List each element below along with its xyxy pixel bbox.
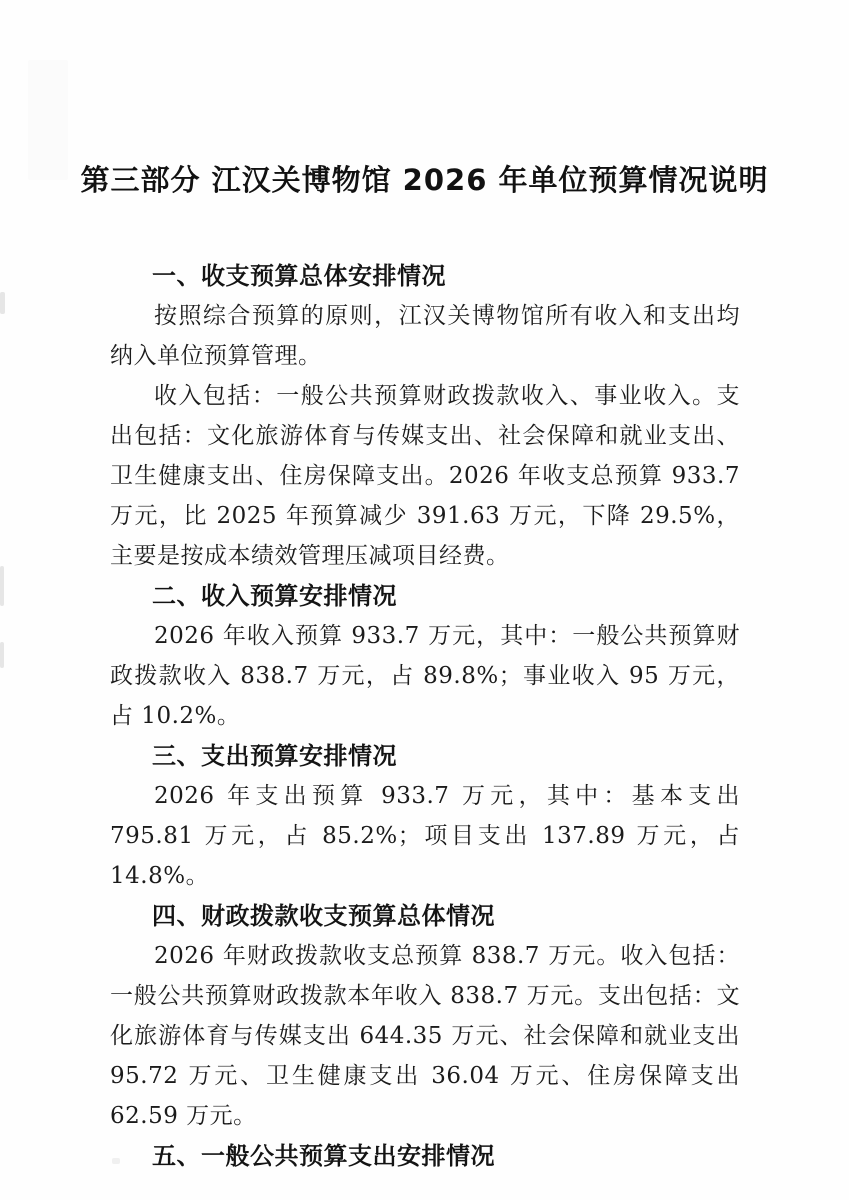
section-expense-budget: 三、支出预算安排情况 2026 年支出预算 933.7 万元，其中：基本支出 7… <box>110 736 740 896</box>
document-title: 第三部分 江汉关博物馆 2026 年单位预算情况说明 <box>60 162 789 198</box>
paragraph: 按照综合预算的原则，江汉关博物馆所有收入和支出均纳入单位预算管理。 <box>110 296 740 376</box>
scan-artifact <box>0 292 5 314</box>
document-page: 第三部分 江汉关博物馆 2026 年单位预算情况说明 一、收支预算总体安排情况 … <box>0 0 849 1200</box>
section-general-public-budget-expense: 五、一般公共预算支出安排情况 <box>110 1136 740 1176</box>
section-income-expense-overview: 一、收支预算总体安排情况 按照综合预算的原则，江汉关博物馆所有收入和支出均纳入单… <box>110 256 740 576</box>
paragraph: 2026 年支出预算 933.7 万元，其中：基本支出 795.81 万元，占 … <box>110 776 740 896</box>
paragraph: 收入包括：一般公共预算财政拨款收入、事业收入。支出包括：文化旅游体育与传媒支出、… <box>110 376 740 576</box>
paragraph: 2026 年财政拨款收支总预算 838.7 万元。收入包括：一般公共预算财政拨款… <box>110 936 740 1136</box>
section-income-budget: 二、收入预算安排情况 2026 年收入预算 933.7 万元，其中：一般公共预算… <box>110 576 740 736</box>
section-heading: 五、一般公共预算支出安排情况 <box>110 1136 740 1176</box>
section-heading: 一、收支预算总体安排情况 <box>110 256 740 296</box>
section-heading: 三、支出预算安排情况 <box>110 736 740 776</box>
paragraph: 2026 年收入预算 933.7 万元，其中：一般公共预算财政拨款收入 838.… <box>110 616 740 736</box>
section-fiscal-appropriation-overview: 四、财政拨款收支预算总体情况 2026 年财政拨款收支总预算 838.7 万元。… <box>110 896 740 1136</box>
scan-artifact <box>0 566 4 606</box>
document-body: 一、收支预算总体安排情况 按照综合预算的原则，江汉关博物馆所有收入和支出均纳入单… <box>110 256 740 1176</box>
section-heading: 二、收入预算安排情况 <box>110 576 740 616</box>
section-heading: 四、财政拨款收支预算总体情况 <box>110 896 740 936</box>
scan-artifact <box>0 642 4 668</box>
